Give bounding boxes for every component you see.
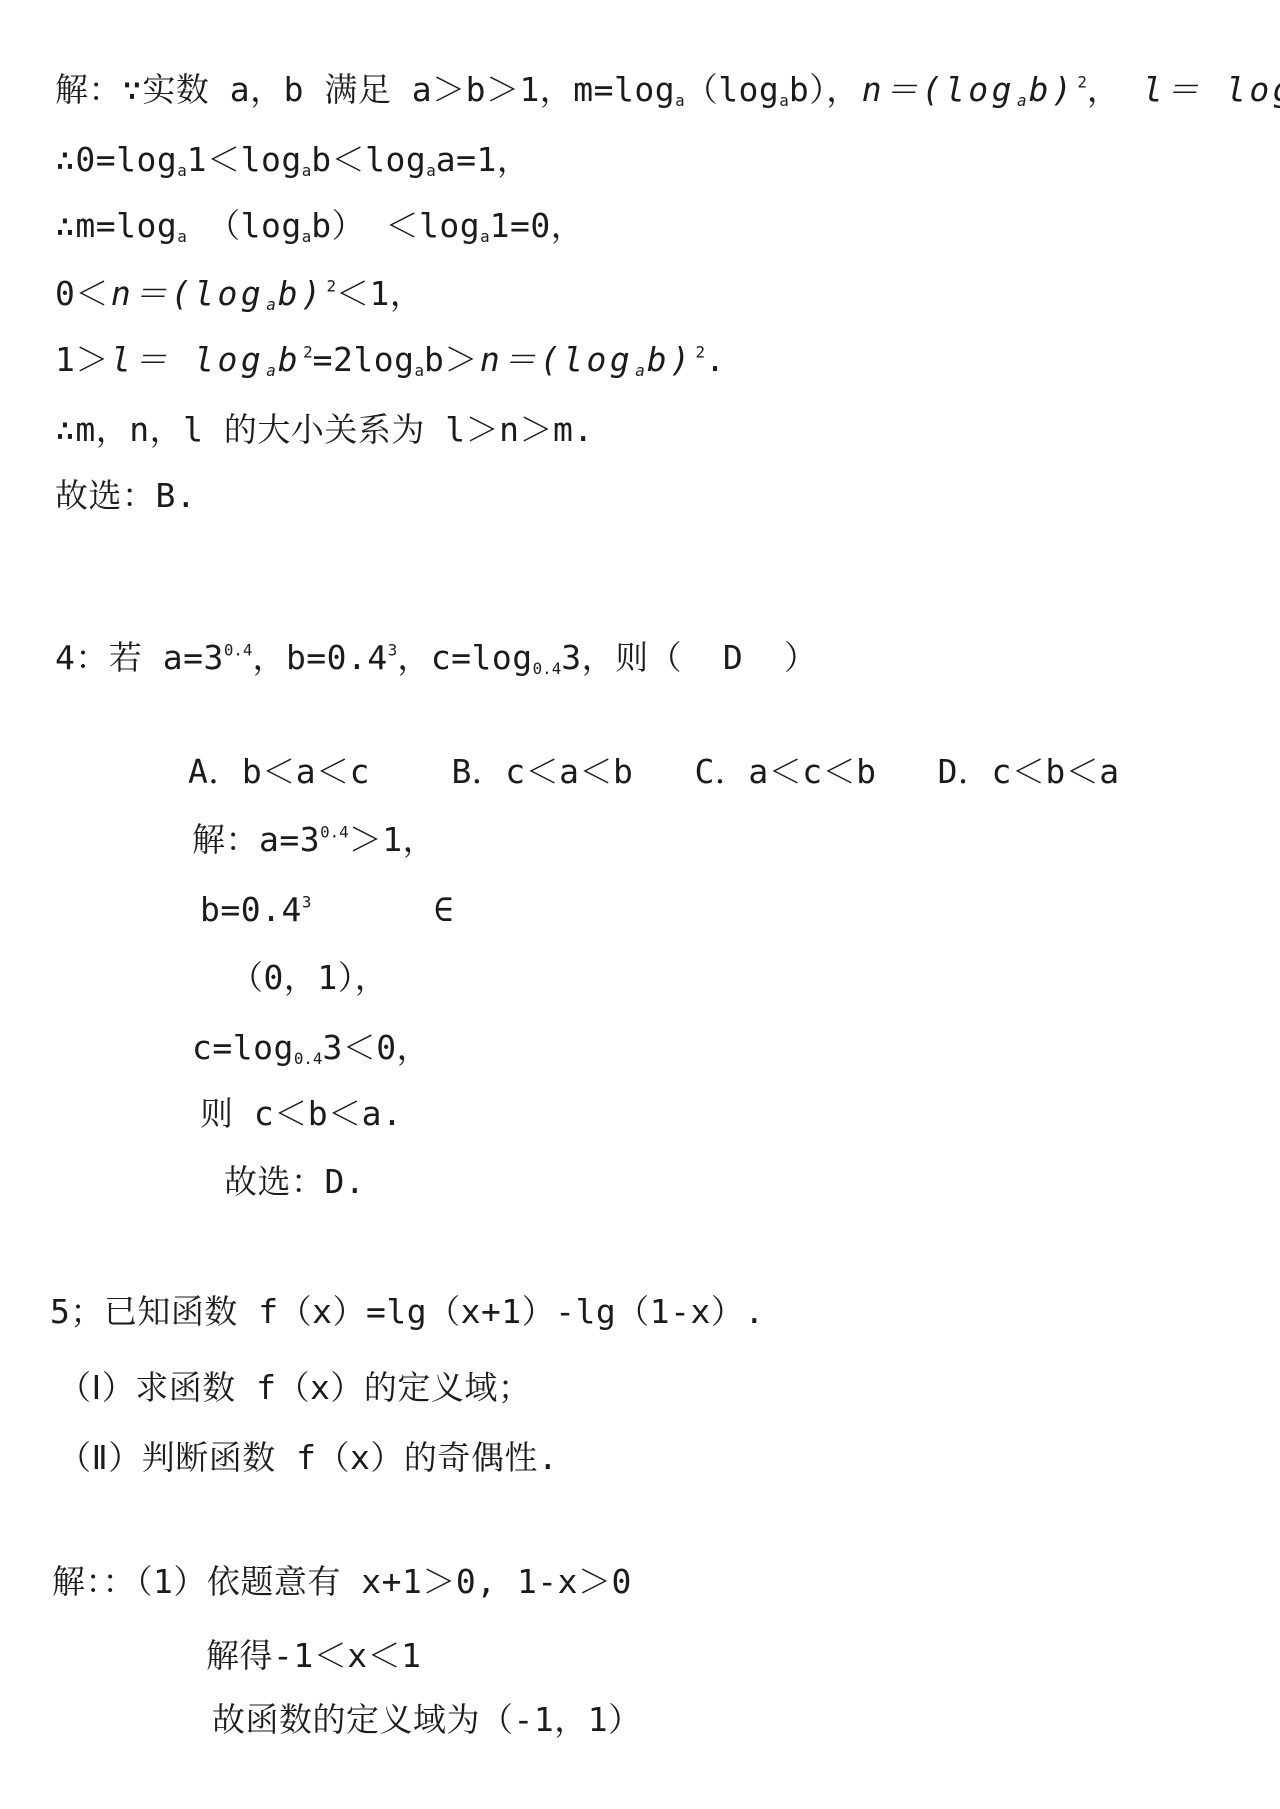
text-segment: a bbox=[302, 227, 312, 246]
q4-solution-line-5: 则 c＜b＜a. bbox=[200, 1094, 402, 1134]
q4-solution-line-1: 解：a=30.4＞1， bbox=[192, 820, 436, 860]
text-segment: 2 bbox=[1077, 73, 1087, 92]
document-page: 解：∵实数 a，b 满足 a＞b＞1，m=loga（logab），n＝(loga… bbox=[0, 0, 1280, 1809]
text-segment: a bbox=[266, 361, 276, 380]
text-segment: =2log bbox=[313, 340, 415, 379]
q3-solution-line-3: ∴m=loga （logab） ＜loga1=0， bbox=[55, 206, 584, 246]
q4-options-line: A．b＜a＜c B．c＜a＜b C．a＜c＜b D．c＜b＜a bbox=[188, 752, 1120, 792]
text-segment: a bbox=[779, 91, 789, 110]
q4-question-line: 4：若 a=30.4，b=0.43，c=log0.43，则（ D ） bbox=[55, 638, 817, 678]
text-segment: b） ＜log bbox=[311, 206, 480, 245]
text-segment: ＜1， bbox=[336, 274, 423, 313]
text-segment: c=log bbox=[192, 1028, 294, 1067]
text-segment: a bbox=[415, 361, 425, 380]
text-segment: a bbox=[177, 161, 187, 180]
q5-part2-line: （Ⅱ）判断函数 f（x）的奇偶性. bbox=[58, 1438, 558, 1478]
text-segment: ∴m=log bbox=[55, 206, 177, 245]
text-segment: 2 bbox=[696, 343, 706, 362]
text-segment: ∴m，n，l 的大小关系为 l＞n＞m. bbox=[55, 410, 594, 449]
text-segment: l＝ log bbox=[1141, 70, 1280, 109]
text-segment: 0.4 bbox=[320, 823, 349, 842]
text-segment: n＝(log bbox=[109, 274, 266, 313]
text-segment: b=0.4 bbox=[200, 890, 302, 929]
text-segment: 故选：B. bbox=[55, 476, 196, 515]
q3-solution-line-4: 0＜n＝(logab)2＜1， bbox=[55, 274, 423, 314]
text-segment: 0.4 bbox=[224, 641, 253, 660]
text-segment: 解：a=3 bbox=[192, 820, 320, 859]
text-segment: b) bbox=[276, 274, 327, 313]
q5-part1-line: （Ⅰ）求函数 f（x）的定义域； bbox=[58, 1368, 531, 1408]
text-segment: 0.4 bbox=[533, 659, 562, 678]
text-segment: ，b=0.4 bbox=[252, 638, 387, 677]
text-segment: 0＜ bbox=[55, 274, 109, 313]
text-segment: b) bbox=[645, 340, 696, 379]
text-segment: a bbox=[426, 161, 436, 180]
text-segment: a bbox=[1017, 91, 1027, 110]
text-segment: 3 bbox=[388, 641, 398, 660]
text-segment: 故选：D. bbox=[224, 1162, 365, 1201]
text-segment: 解得-1＜x＜1 bbox=[206, 1636, 421, 1675]
text-segment: a bbox=[675, 91, 685, 110]
text-segment: . bbox=[705, 340, 725, 379]
text-segment: 则 c＜b＜a. bbox=[200, 1094, 402, 1133]
q4-solution-line-4: c=log0.43＜0， bbox=[192, 1028, 430, 1068]
text-segment: b＞ bbox=[424, 340, 478, 379]
q3-solution-line-1: 解：∵实数 a，b 满足 a＞b＞1，m=loga（logab），n＝(loga… bbox=[55, 70, 1280, 110]
text-segment: 1＜log bbox=[187, 140, 302, 179]
text-segment: a bbox=[302, 161, 312, 180]
text-segment: 1＞ bbox=[55, 340, 109, 379]
text-segment: （Ⅰ）求函数 f（x）的定义域； bbox=[58, 1368, 531, 1407]
q5-solution-line-1: 解：：（1）依题意有 x+1＞0, 1-x＞0 bbox=[52, 1562, 632, 1602]
q3-answer-line: 故选：B. bbox=[55, 476, 196, 516]
text-segment: b) bbox=[1027, 70, 1078, 109]
q4-answer-line: 故选：D. bbox=[224, 1162, 365, 1202]
text-segment: ＞1， bbox=[349, 820, 436, 859]
text-segment: 2 bbox=[327, 277, 337, 296]
text-segment: ， bbox=[1087, 70, 1141, 109]
q5-solution-line-3: 故函数的定义域为（-1，1） bbox=[212, 1700, 642, 1740]
text-segment: b＜log bbox=[311, 140, 426, 179]
text-segment: b）， bbox=[789, 70, 860, 109]
text-segment: ∈ bbox=[311, 890, 454, 929]
q5-question-line: 5；已知函数 f（x）=lg（x+1）-lg（1-x）. bbox=[50, 1292, 765, 1332]
text-segment: 故函数的定义域为（-1，1） bbox=[212, 1700, 642, 1739]
text-segment: 3，则（ D ） bbox=[561, 638, 817, 677]
text-segment: 2 bbox=[303, 343, 313, 362]
text-segment: n＝(log bbox=[860, 70, 1017, 109]
text-segment: 3 bbox=[302, 893, 312, 912]
text-segment: （log bbox=[685, 70, 780, 109]
text-segment: a bbox=[635, 361, 645, 380]
text-segment: a bbox=[480, 227, 490, 246]
text-segment: （0，1）， bbox=[230, 958, 388, 997]
text-segment: a bbox=[266, 295, 276, 314]
text-segment: n＝(log bbox=[478, 340, 635, 379]
text-segment: 解：∵实数 a，b 满足 a＞b＞1，m=log bbox=[55, 70, 675, 109]
text-segment: 4：若 a=3 bbox=[55, 638, 224, 677]
q4-solution-line-2: b=0.43 ∈ bbox=[200, 890, 454, 930]
text-segment: （log bbox=[187, 206, 302, 245]
text-segment: ∴0=log bbox=[55, 140, 177, 179]
q4-solution-line-3: （0，1）， bbox=[230, 958, 388, 998]
q5-solution-line-2: 解得-1＜x＜1 bbox=[206, 1636, 421, 1676]
text-segment: 1=0， bbox=[490, 206, 585, 245]
text-segment: A．b＜a＜c B．c＜a＜b C．a＜c＜b D．c＜b＜a bbox=[188, 752, 1120, 791]
text-segment: （Ⅱ）判断函数 f（x）的奇偶性. bbox=[58, 1438, 558, 1477]
q3-solution-line-6: ∴m，n，l 的大小关系为 l＞n＞m. bbox=[55, 410, 594, 450]
text-segment: 5；已知函数 f（x）=lg（x+1）-lg（1-x）. bbox=[50, 1292, 765, 1331]
text-segment: 解：：（1）依题意有 x+1＞0, 1-x＞0 bbox=[52, 1562, 632, 1601]
q3-solution-line-2: ∴0=loga1＜logab＜logaa=1， bbox=[55, 140, 530, 180]
text-segment: b bbox=[276, 340, 303, 379]
text-segment: 0.4 bbox=[294, 1049, 323, 1068]
text-segment: l＝ log bbox=[109, 340, 266, 379]
text-segment: a=1， bbox=[436, 140, 531, 179]
text-segment: a bbox=[177, 227, 187, 246]
text-segment: ，c=log bbox=[397, 638, 532, 677]
q3-solution-line-5: 1＞l＝ logab2=2logab＞n＝(logab)2. bbox=[55, 340, 725, 380]
text-segment: 3＜0， bbox=[322, 1028, 430, 1067]
